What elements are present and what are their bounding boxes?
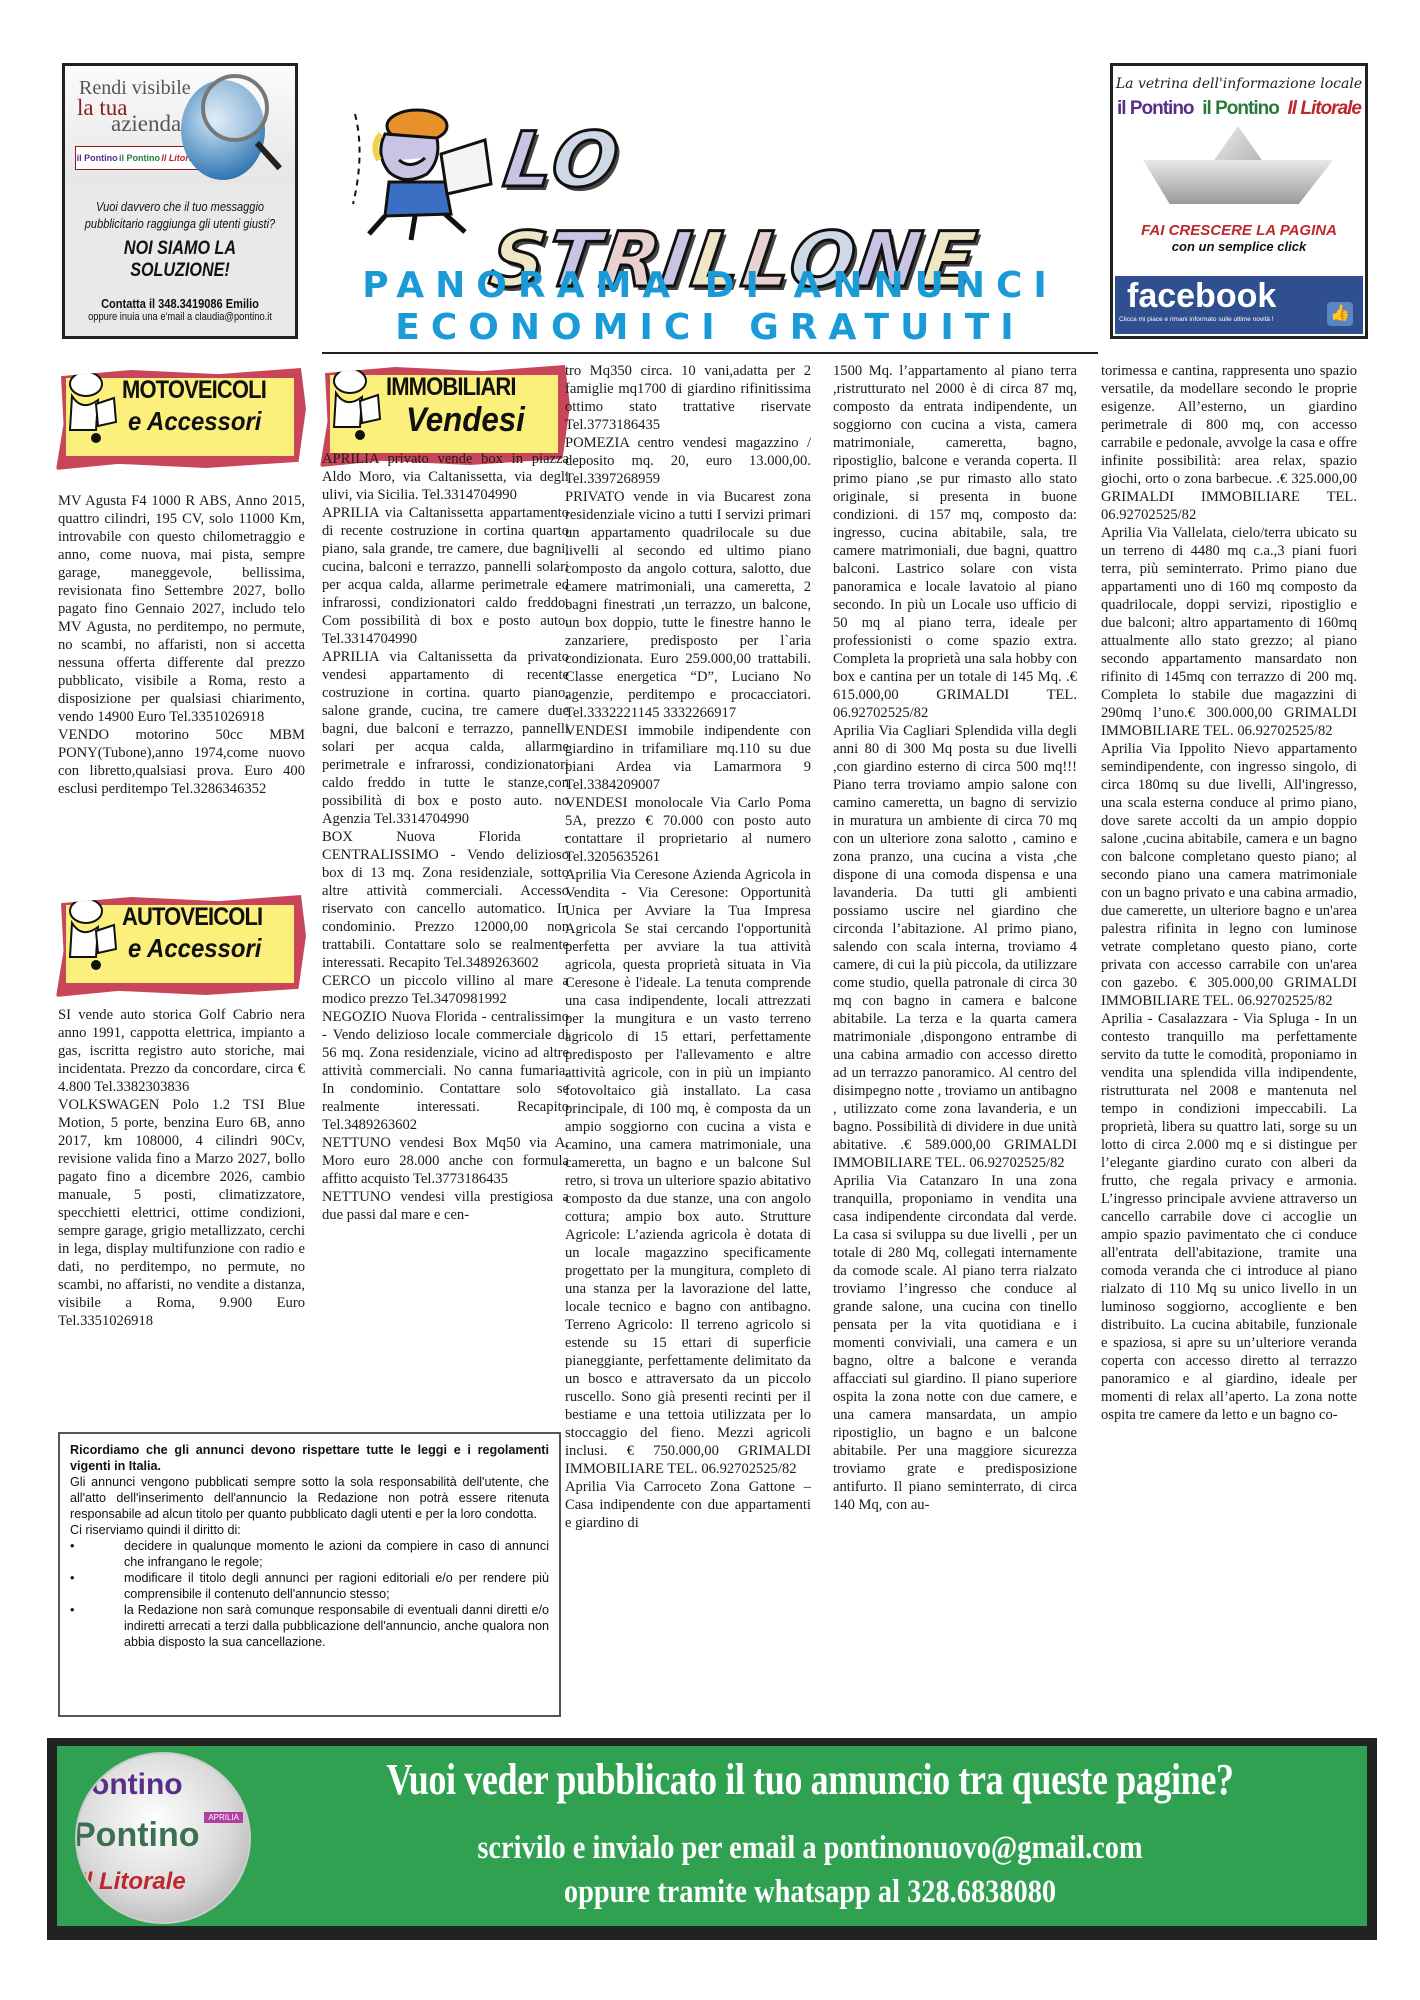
newsboy-mascot-icon [345, 94, 495, 244]
listing: CERCO un piccolo villino al mare a modic… [322, 972, 569, 1008]
ad-question: Vuoi davvero che il tuo messaggio pubbli… [82, 184, 278, 232]
facebook-subtext: Clicca mi piace e rimani informato sulle… [1115, 316, 1363, 323]
ad-headline-line3: azienda [111, 112, 181, 136]
facebook-ad-box[interactable]: La vetrina dell'informazione locale il P… [1110, 63, 1368, 339]
motoveicoli-listings: MV Agusta F4 1000 R ABS, Anno 2015, quat… [58, 492, 305, 798]
listing: PRIVATO vende in via Bucarest zona resid… [565, 488, 811, 722]
listing: NETTUNO vendesi Box Mq50 via A. Moro eur… [322, 1134, 569, 1188]
banner-whatsapp-line[interactable]: oppure tramite whatsapp al 328.6838080 [341, 1872, 1278, 1912]
newspapers-globe-logo: Pontino APRILIA Pontino Il Litorale [75, 1752, 251, 1924]
logo-pontino-aprilia: il Pontino [119, 153, 160, 163]
facebook-wordmark: facebook [1115, 276, 1363, 316]
thumbs-up-icon: 👍 [1327, 302, 1353, 326]
notice-paragraph: Ci riserviamo quindi il diritto di: [70, 1522, 549, 1538]
section-subtitle: Vendesi [406, 401, 525, 440]
logo-aprilia-tag: APRILIA [204, 1812, 243, 1823]
subtitle-line1: PANORAMA DI ANNUNCI [325, 265, 1095, 307]
advertise-ad-box[interactable]: Rendi visibile la tua azienda il Pontino… [62, 63, 298, 339]
logo-pontino-aprilia: il Pontino [1202, 98, 1279, 120]
listing: Aprilia Via Ceresone Azienda Agricola in… [565, 866, 811, 1478]
immobiliari-listings-col4: 1500 Mq. l’appartamento al piano terra ,… [833, 362, 1077, 1514]
autoveicoli-listings: SI vende auto storica Golf Cabrio nera a… [58, 1006, 305, 1330]
banner-headline: Vuoi veder pubblicato il tuo annuncio tr… [363, 1752, 1257, 1808]
subtitle-line2: ECONOMICI GRATUITI [325, 307, 1095, 349]
notice-bullet: • la Redazione non sarà comunque respons… [70, 1602, 549, 1650]
section-header-motoveicoli: MOTOVEICOLI e Accessori [56, 368, 306, 470]
bullet-icon: • [70, 1602, 124, 1650]
bullet-icon: • [70, 1538, 124, 1570]
notice-bullet: • modificare il titolo degli annunci per… [70, 1570, 549, 1602]
notice-paragraph: Gli annunci vengono pubblicati sempre so… [70, 1474, 549, 1522]
logo-pontino-nuovo: il Pontino [77, 153, 118, 163]
legal-notice-box: Ricordiamo che gli annunci devono rispet… [58, 1432, 561, 1717]
notice-bullet: • decidere in qualunque momento le azion… [70, 1538, 549, 1570]
ad-cta-line2: con un semplice click [1113, 239, 1365, 254]
facebook-link[interactable]: facebook Clicca mi piace e rimani inform… [1115, 276, 1363, 334]
listing: NEGOZIO Nuova Florida - centralissimo - … [322, 1008, 569, 1134]
submit-ad-banner[interactable]: Pontino APRILIA Pontino Il Litorale Vuoi… [47, 1738, 1377, 1940]
listing: MV Agusta F4 1000 R ABS, Anno 2015, quat… [58, 492, 305, 726]
section-title: AUTOVEICOLI [122, 903, 262, 932]
newspaper-logos: il Pontino il Pontino Il Litorale [1113, 92, 1365, 120]
ad-contact-phone: Contatta il 348.3419086 Emilio [82, 296, 278, 311]
listing: APRILIA via Caltanissetta da privato ven… [322, 648, 569, 828]
listing: VOLKSWAGEN Polo 1.2 TSI Blue Motion, 5 p… [58, 1096, 305, 1330]
listing: NETTUNO vendesi villa prestigiosa a due … [322, 1188, 569, 1224]
immobiliari-listings-col2: APRILIA privato vende box in piazza Aldo… [322, 450, 569, 1224]
logo-pontino-aprilia: Pontino [75, 1816, 200, 1855]
ad-contact-email: oppure inuia una e'mail a claudia@pontin… [82, 311, 278, 323]
notice-heading: Ricordiamo che gli annunci devono rispet… [70, 1442, 549, 1474]
listing: tro Mq350 circa. 10 vani,adatta per 2 fa… [565, 362, 811, 434]
ad-visual: Rendi visibile la tua azienda il Pontino… [65, 66, 295, 184]
section-subtitle: e Accessori [128, 406, 261, 437]
listing: VENDESI monolocale Via Carlo Poma 5A, pr… [565, 794, 811, 866]
header-divider [322, 352, 1098, 354]
bullet-icon: • [70, 1570, 124, 1602]
logo-litorale: Il Litorale [79, 1868, 186, 1896]
listing: APRILIA privato vende box in piazza Aldo… [322, 450, 569, 504]
immobiliari-listings-col3: tro Mq350 circa. 10 vani,adatta per 2 fa… [565, 362, 811, 1532]
ad-tagline: La vetrina dell'informazione locale [1113, 66, 1365, 92]
ad-solution: NOI SIAMO LA SOLUZIONE! [82, 238, 278, 282]
listing: 1500 Mq. l’appartamento al piano terra ,… [833, 362, 1077, 722]
magnifier-icon [201, 74, 269, 142]
newsboy-mascot-icon [48, 364, 118, 450]
listing: POMEZIA centro vendesi magazzino / depos… [565, 434, 811, 488]
masthead-subtitle: PANORAMA DI ANNUNCI ECONOMICI GRATUITI [325, 265, 1095, 349]
logo-pontino-nuovo: il Pontino [1117, 98, 1194, 120]
listing: SI vende auto storica Golf Cabrio nera a… [58, 1006, 305, 1096]
immobiliari-listings-col5: torimessa e cantina, rappresenta uno spa… [1101, 362, 1357, 1424]
listing: BOX Nuova Florida - CENTRALISSIMO - Vend… [322, 828, 569, 972]
listing: Aprilia Via Ippolito Nievo appartamento … [1101, 740, 1357, 1010]
section-subtitle: e Accessori [128, 933, 261, 964]
listing: Aprilia - Casalazzara - Via Spluga - In … [1101, 1010, 1357, 1424]
listing: VENDO motorino 50cc MBM PONY(Tubone),ann… [58, 726, 305, 798]
listing: VENDESI immobile indipendente con giardi… [565, 722, 811, 794]
newsboy-mascot-icon [312, 361, 382, 447]
listing: Aprilia Via Catanzaro In una zona tranqu… [833, 1172, 1077, 1514]
masthead-title: LO STRILLONE [498, 110, 1102, 210]
section-header-autoveicoli: AUTOVEICOLI e Accessori [56, 895, 306, 997]
paper-boat-icon [1113, 124, 1365, 216]
masthead-logo: LO STRILLONE [325, 70, 1095, 260]
section-title: MOTOVEICOLI [122, 376, 266, 405]
logo-pontino-nuovo: Pontino [75, 1768, 183, 1802]
logo-litorale: Il Litorale [1288, 98, 1361, 120]
section-title: IMMOBILIARI [386, 373, 516, 402]
listing: Aprilia Via Cagliari Splendida villa deg… [833, 722, 1077, 1172]
listing: Aprilia Via Vallelata, cielo/terra ubica… [1101, 524, 1357, 740]
ad-cta-line1: FAI CRESCERE LA PAGINA [1113, 222, 1365, 239]
newsboy-mascot-icon [48, 891, 118, 977]
listing: Aprilia Via Carroceto Zona Gattone – Cas… [565, 1478, 811, 1532]
banner-email-line[interactable]: scrivilo e invialo per email a pontinonu… [341, 1828, 1278, 1868]
listing: torimessa e cantina, rappresenta uno spa… [1101, 362, 1357, 524]
listing: APRILIA via Caltanissetta appartamento d… [322, 504, 569, 648]
